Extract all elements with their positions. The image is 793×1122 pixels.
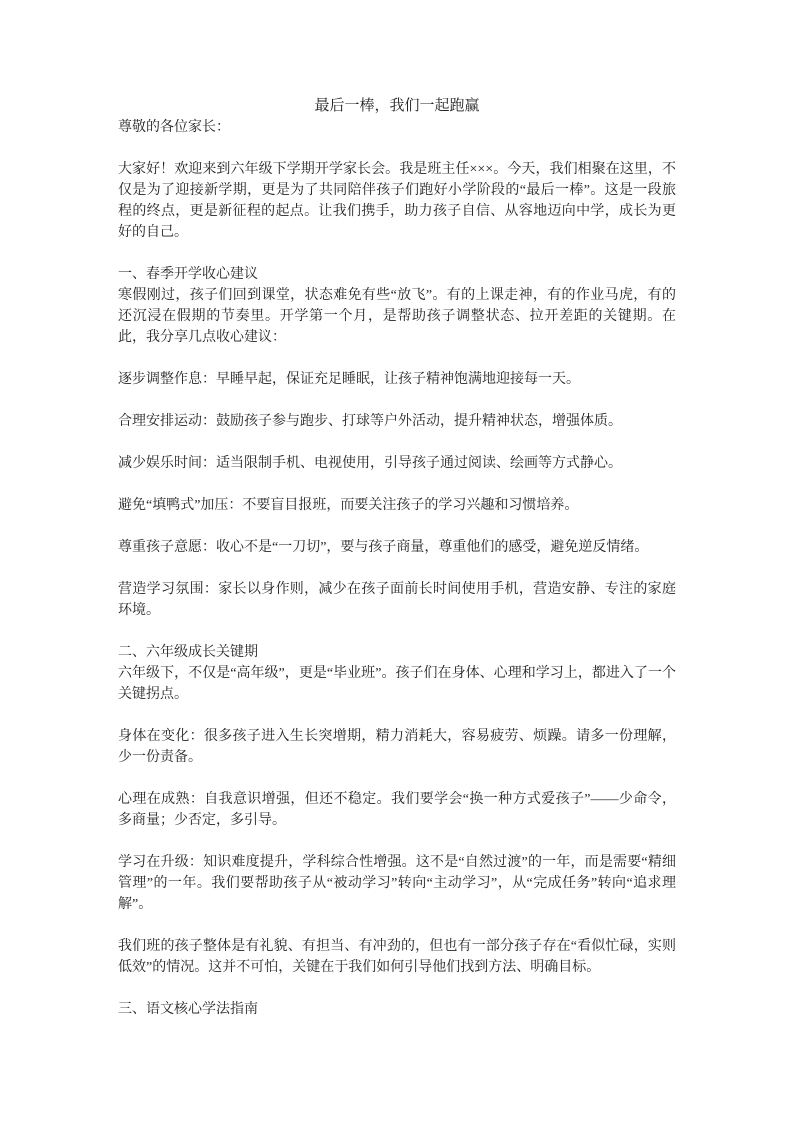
intro-paragraph: 大家好！欢迎来到六年级下学期开学家长会。我是班主任×××。今天，我们相聚在这里，… <box>118 159 676 243</box>
section-1-item-exercise: 合理安排运动：鼓励孩子参与跑步、打球等户外活动，提升精神状态，增强体质。 <box>118 411 676 432</box>
section-2-heading: 二、六年级成长关键期 <box>118 642 676 663</box>
document-content: 最后一棒，我们一起跑赢 尊敬的各位家长： 大家好！欢迎来到六年级下学期开学家长会… <box>118 95 676 1020</box>
section-1-heading: 一、春季开学收心建议 <box>118 264 676 285</box>
section-1-lead: 寒假刚过，孩子们回到课堂，状态难免有些“放飞”。有的上课走神，有的作业马虎，有的… <box>118 285 676 348</box>
section-2-lead: 六年级下，不仅是“高年级”，更是“毕业班”。孩子们在身体、心理和学习上，都进入了… <box>118 663 676 705</box>
document-title: 最后一棒，我们一起跑赢 <box>118 95 676 117</box>
section-2-item-mind: 心理在成熟：自我意识增强，但还不稳定。我们要学会“换一种方式爱孩子”——少命令，… <box>118 789 676 831</box>
section-3-heading: 三、语文核心学法指南 <box>118 999 676 1020</box>
document-page: 最后一棒，我们一起跑赢 尊敬的各位家长： 大家好！欢迎来到六年级下学期开学家长会… <box>0 0 793 1122</box>
section-2-item-class: 我们班的孩子整体是有礼貌、有担当、有冲劲的，但也有一部分孩子存在“看似忙碌，实则… <box>118 936 676 978</box>
section-1-item-atmosphere: 营造学习氛围：家长以身作则，减少在孩子面前长时间使用手机，营造安静、专注的家庭环… <box>118 579 676 621</box>
section-1-item-pressure: 避免“填鸭式”加压：不要盲目报班，而要关注孩子的学习兴趣和习惯培养。 <box>118 495 676 516</box>
section-1-item-routine: 逐步调整作息：早睡早起，保证充足睡眠，让孩子精神饱满地迎接每一天。 <box>118 369 676 390</box>
section-2-item-body: 身体在变化：很多孩子进入生长突增期，精力消耗大，容易疲劳、烦躁。请多一份理解，少… <box>118 726 676 768</box>
section-2-item-study: 学习在升级：知识难度提升，学科综合性增强。这不是“自然过渡”的一年，而是需要“精… <box>118 852 676 915</box>
section-1-item-entertainment: 减少娱乐时间：适当限制手机、电视使用，引导孩子通过阅读、绘画等方式静心。 <box>118 453 676 474</box>
salutation: 尊敬的各位家长： <box>118 117 676 138</box>
section-1-item-respect: 尊重孩子意愿：收心不是“一刀切”，要与孩子商量，尊重他们的感受，避免逆反情绪。 <box>118 537 676 558</box>
